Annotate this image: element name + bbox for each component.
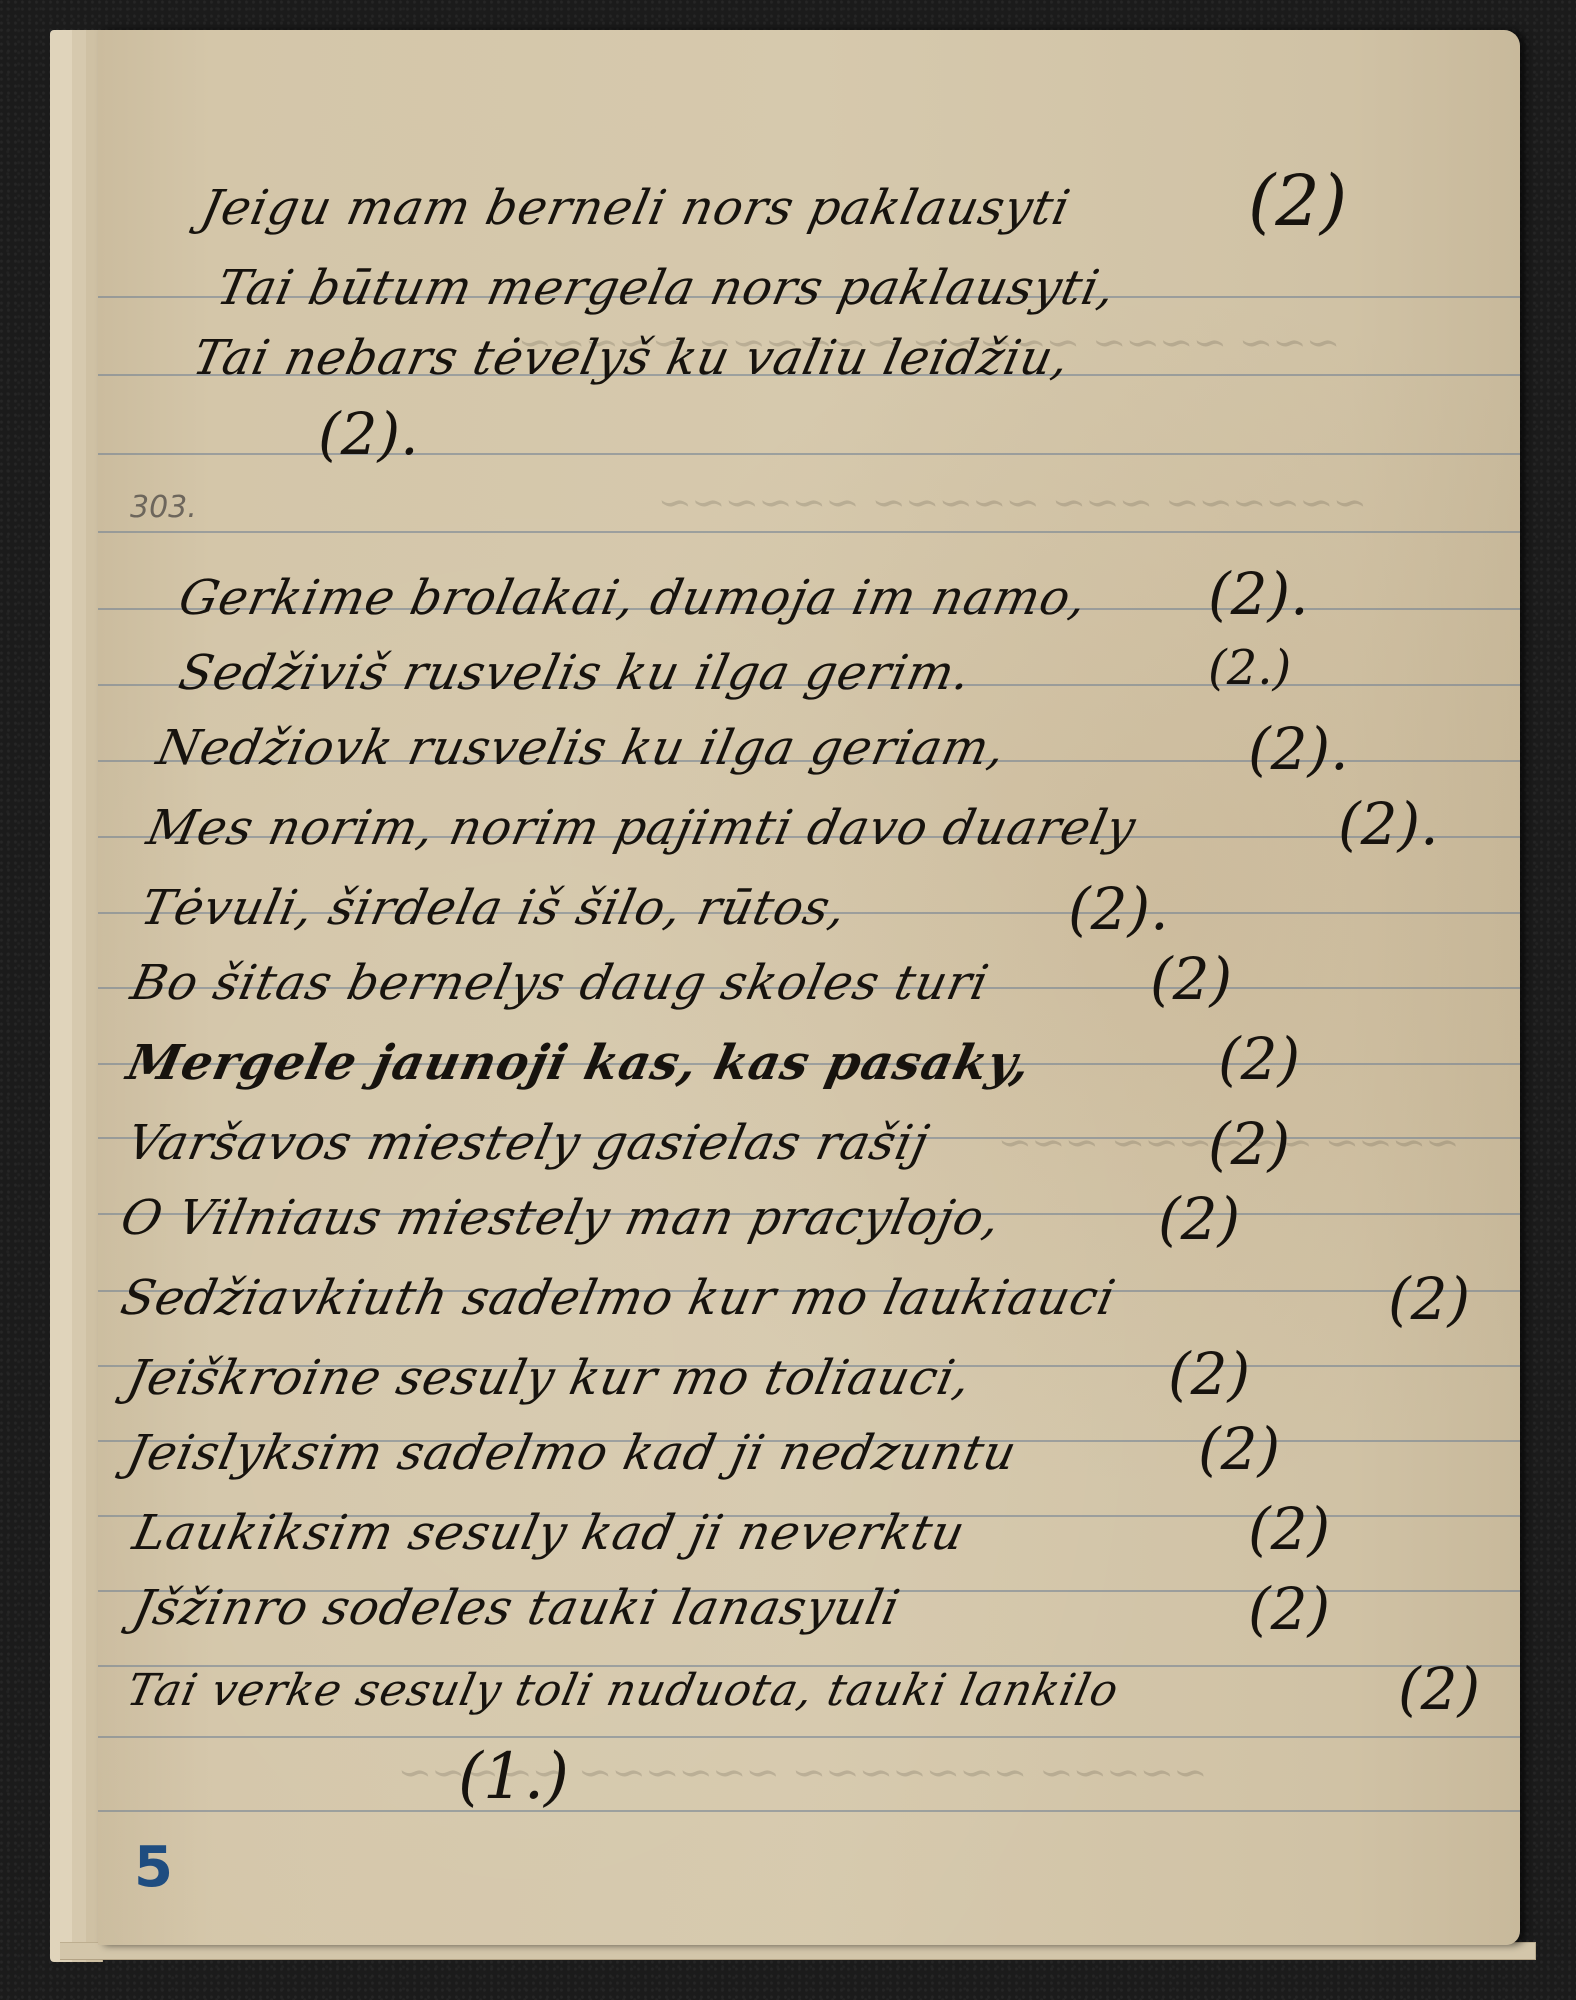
ruled-line	[98, 1810, 1520, 1812]
refrain-marker: (2).	[1068, 875, 1169, 943]
verse-line: Jeigu mam berneli nors paklausyti	[196, 180, 1075, 236]
closing-refrain: (2).	[318, 400, 419, 468]
verse-line: Tai verke sesuly toli nuduota, tauki lan…	[123, 1665, 1124, 1716]
refrain-marker: (2)	[1208, 1110, 1290, 1178]
refrain-marker: (2)	[1248, 160, 1347, 242]
verse-line: Jšžinro sodeles tauki lanasyuli	[128, 1580, 905, 1636]
refrain-marker: (2)	[1198, 1415, 1280, 1483]
verse-line: Tai būtum mergela nors paklausyti,	[212, 260, 1121, 316]
verse-line: Jeiškroine sesuly kur mo toliauci,	[122, 1350, 976, 1406]
page-mark: 5	[134, 1835, 173, 1900]
verse-line: Mes norim, norim pajimti davo duarely	[142, 800, 1141, 856]
refrain-marker: (2)	[1398, 1655, 1480, 1723]
refrain-marker: (2)	[1218, 1025, 1300, 1093]
refrain-marker: (2)	[1150, 945, 1232, 1013]
song-number-note: 303.	[130, 490, 197, 525]
refrain-marker: (2)	[1248, 1575, 1330, 1643]
ruled-line	[98, 531, 1520, 533]
verse-line: Gerkime brolakai, dumoja im namo,	[174, 570, 1092, 626]
refrain-marker: (2)	[1388, 1265, 1470, 1333]
verse-line: Sedživiš rusvelis ku ilga gerim.	[174, 645, 976, 701]
refrain-marker: (2).	[1248, 715, 1349, 783]
verse-line: Mergele jaunoji kas, kas pasaky,	[122, 1035, 1036, 1091]
manuscript-page: ~~~ ~~~~ ~~~~~ ~~~~~~ ~~~~~ ~~~~~~ ~~~ ~…	[98, 30, 1520, 1945]
refrain-marker: (2)	[1248, 1495, 1330, 1563]
verse-line: Sedžiavkiuth sadelmo kur mo laukiauci	[116, 1270, 1120, 1326]
ruled-line	[98, 1736, 1520, 1738]
refrain-marker: (2)	[1168, 1340, 1250, 1408]
verse-line: Nedžiovk rusvelis ku ilga geriam,	[152, 720, 1011, 776]
verse-line: Jeislyksim sadelmo kad ji nedzuntu	[122, 1425, 1022, 1481]
refrain-marker: (2).	[1208, 560, 1309, 628]
refrain-marker: (2)	[1158, 1185, 1240, 1253]
verse-line: Bo šitas bernelys daug skoles turi	[126, 955, 994, 1011]
closing-refrain: (1.)	[458, 1740, 569, 1814]
verse-line: Tėvuli, širdela iš šilo, rūtos,	[136, 880, 852, 936]
verse-line: O Vilniaus miestely man pracylojo,	[116, 1190, 1006, 1246]
bleed-through-text: ~~~~~~ ~~~ ~~~~~ ~~~~~~	[652, 480, 1372, 526]
refrain-marker: (2).	[1338, 790, 1439, 858]
verse-line: Tai nebars tėvelyš ku valiu leidžiu,	[188, 330, 1075, 386]
verse-line: Laukiksim sesuly kad ji neverktu	[128, 1505, 970, 1561]
verse-line: Varšavos miestely gasielas rašij	[122, 1115, 934, 1171]
ruled-line	[98, 453, 1520, 455]
refrain-marker: (2.)	[1208, 640, 1291, 696]
